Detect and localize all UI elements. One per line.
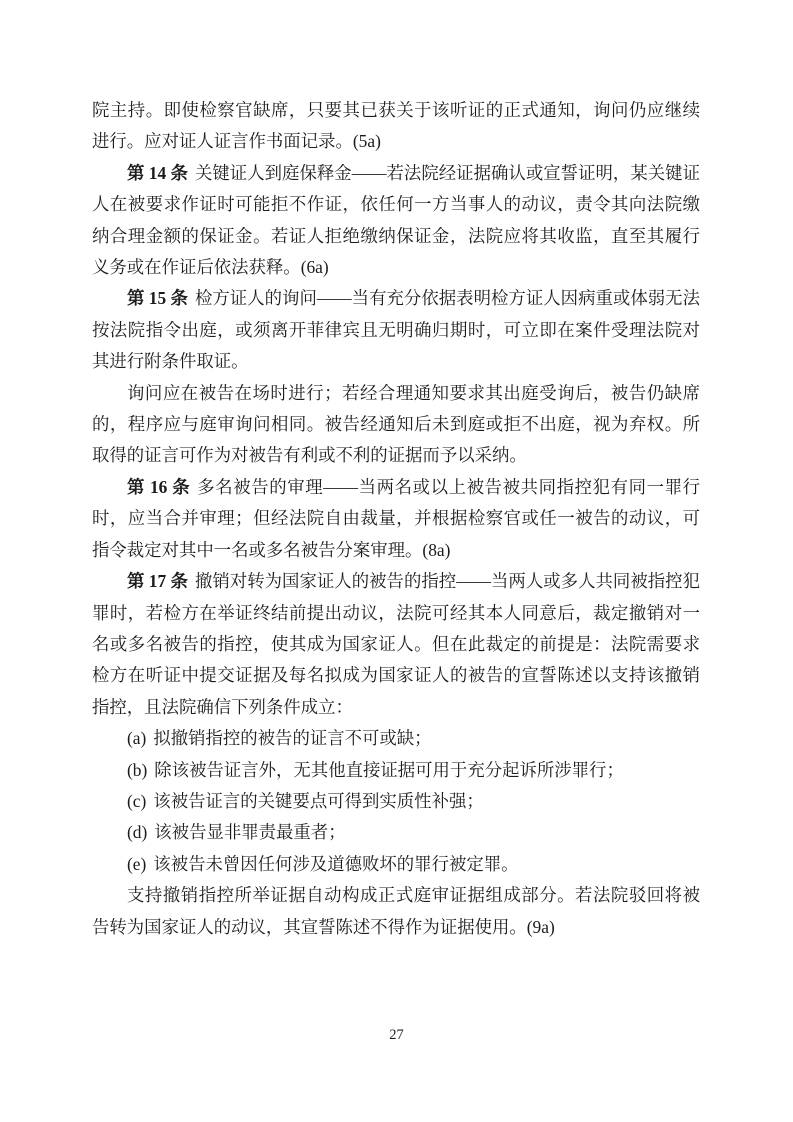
list-item-label: (b) [127,760,147,780]
body-paragraph: 询问应在被告在场时进行；若经合理通知要求其出庭受询后，被告仍缺席的，程序应与庭审… [92,378,700,472]
paragraph-text: 院主持。即使检察官缺席，只要其已获关于该听证的正式通知，询问仍应继续进行。应对证… [92,100,700,151]
list-item-label: (e) [127,854,146,874]
condition-list-item: (e)该被告未曾因任何涉及道德败坏的罪行被定罪。 [92,849,700,880]
paragraph-text: 支持撤销指控所举证据自动构成正式庭审证据组成部分。若法院驳回将被告转为国家证人的… [92,885,700,936]
article-paragraph: 第 16 条多名被告的审理——当两名或以上被告被共同指控犯有同一罪行时，应当合并… [92,472,700,566]
paragraph-text: 撤销对转为国家证人的被告的指控——当两人或多人共同被指控犯罪时，若检方在举证终结… [92,571,700,717]
article-paragraph: 第 17 条撤销对转为国家证人的被告的指控——当两人或多人共同被指控犯罪时，若检… [92,566,700,723]
article-number: 第 17 条 [127,571,188,591]
article-number: 第 15 条 [127,288,188,308]
list-item-label: (d) [127,822,147,842]
paragraph-text: 除该被告证言外，无其他直接证据可用于充分起诉所涉罪行； [154,760,624,780]
paragraph-text: 该被告未曾因任何涉及道德败坏的罪行被定罪。 [153,854,518,874]
paragraph-text: 询问应在被告在场时进行；若经合理通知要求其出庭受询后，被告仍缺席的，程序应与庭审… [92,383,700,466]
article-number: 第 14 条 [127,163,188,183]
page-number: 27 [0,1026,793,1044]
condition-list-item: (b)除该被告证言外，无其他直接证据可用于充分起诉所涉罪行； [92,755,700,786]
paragraph-text: 拟撤销指控的被告的证言不可或缺； [153,728,431,748]
list-item-label: (a) [127,728,146,748]
paragraph-text: 该被告显非罪责最重者； [154,822,345,842]
condition-list-item: (c)该被告证言的关键要点可得到实质性补强； [92,786,700,817]
condition-list-item: (a)拟撤销指控的被告的证言不可或缺； [92,723,700,754]
list-item-label: (c) [127,791,146,811]
document-body: 院主持。即使检察官缺席，只要其已获关于该听证的正式通知，询问仍应继续进行。应对证… [92,95,700,943]
document-page: 院主持。即使检察官缺席，只要其已获关于该听证的正式通知，询问仍应继续进行。应对证… [0,0,793,1122]
body-paragraph: 院主持。即使检察官缺席，只要其已获关于该听证的正式通知，询问仍应继续进行。应对证… [92,95,700,158]
article-number: 第 16 条 [127,477,190,497]
body-paragraph: 支持撤销指控所举证据自动构成正式庭审证据组成部分。若法院驳回将被告转为国家证人的… [92,880,700,943]
condition-list-item: (d)该被告显非罪责最重者； [92,817,700,848]
article-paragraph: 第 15 条检方证人的询问——当有充分依据表明检方证人因病重或体弱无法按法院指令… [92,283,700,377]
paragraph-text: 该被告证言的关键要点可得到实质性补强； [153,791,483,811]
article-paragraph: 第 14 条关键证人到庭保释金——若法院经证据确认或宣誓证明，某关键证人在被要求… [92,158,700,284]
